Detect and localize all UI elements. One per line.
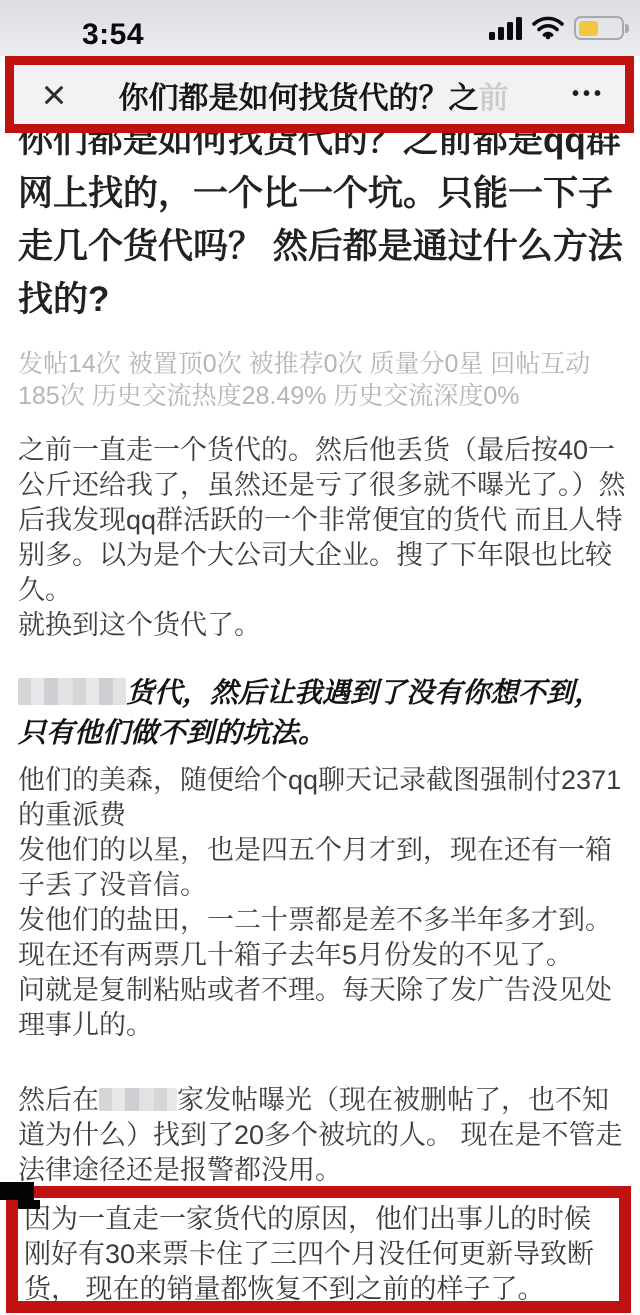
redacted-name-blur-2 xyxy=(99,1088,177,1111)
nav-title-fade: 前 xyxy=(479,82,509,115)
annotation-mark xyxy=(0,1182,34,1200)
paragraph-3-line: 发他们的盐田，一二十票都是差不多半年多才到。 现在还有两票几十箱子去年5月份发的… xyxy=(18,903,626,973)
cellular-signal-icon xyxy=(489,16,522,40)
more-menu-icon[interactable]: ••• xyxy=(551,83,605,106)
status-icons xyxy=(489,16,624,40)
battery-icon xyxy=(574,16,624,40)
post-stats: 发帖14次 被置顶0次 被推荐0次 质量分0星 回帖互动185次 历史交流热度2… xyxy=(18,348,626,412)
nav-title: 你们都是如何找货代的？之前 xyxy=(76,73,551,117)
wifi-icon xyxy=(532,16,564,40)
post-content: 你们都是如何找货代的？之前都是qq群网上找的，一个比一个坑。只能一下子走几个货代… xyxy=(18,114,626,1258)
paragraph-3: 他们的美森，随便给个qq聊天记录截图强制付2371的重派费 发他们的以星，也是四… xyxy=(18,763,626,1043)
status-time: 3:54 xyxy=(82,18,144,52)
footer-highlight-box: 因为一直走一家货代的原因，他们出事儿的时候 刚好有30来票卡住了三四个月没任何更… xyxy=(6,1186,631,1313)
annotation-mark xyxy=(18,1200,40,1209)
nav-title-text: 你们都是如何找货代的？之 xyxy=(119,82,479,115)
paragraph-1: 之前一直走一个货代的。然后他丢货（最后按40一公斤还给我了，虽然还是亏了很多就不… xyxy=(18,433,626,643)
post-title: 你们都是如何找货代的？之前都是qq群网上找的，一个比一个坑。只能一下子走几个货代… xyxy=(18,114,626,326)
close-icon[interactable]: × xyxy=(32,75,76,115)
paragraph-1-text-b: 就换到这个货代了。 xyxy=(18,608,626,643)
paragraph-4-prefix: 然后在 xyxy=(18,1085,99,1115)
paragraph-3-line: 他们的美森，随便给个qq聊天记录截图强制付2371的重派费 xyxy=(18,763,626,833)
paragraph-3-line: 问就是复制粘贴或者不理。每天除了发广告没见处理事儿的。 xyxy=(18,973,626,1043)
paragraph-2: 货代，然后让我遇到了没有你想不到，只有他们做不到的坑法。 xyxy=(18,673,626,753)
paragraph-2-text: 货代，然后让我遇到了没有你想不到，只有他们做不到的坑法。 xyxy=(18,673,626,753)
footer-boxed-text: 因为一直走一家货代的原因，他们出事儿的时候 刚好有30来票卡住了三四个月没任何更… xyxy=(24,1202,617,1307)
paragraph-4-text: 然后在家发帖曝光（现在被删帖了，也不知道为什么）找到了20多个被坑的人。 现在是… xyxy=(18,1083,626,1188)
status-bar: 3:54 xyxy=(0,0,640,56)
nav-bar-highlight-box: × 你们都是如何找货代的？之前 ••• xyxy=(5,56,634,133)
phone-screen: 3:54 你们都是如何找货代的？之前都是qq群网上找的，一个比一个坑。只能一下子… xyxy=(0,0,640,1315)
paragraph-3-line: 发他们的以星，也是四五个月才到，现在还有一箱子丢了没音信。 xyxy=(18,833,626,903)
paragraph-1-text: 之前一直走一个货代的。然后他丢货（最后按40一公斤还给我了，虽然还是亏了很多就不… xyxy=(18,433,626,608)
redacted-name-blur xyxy=(18,678,126,705)
